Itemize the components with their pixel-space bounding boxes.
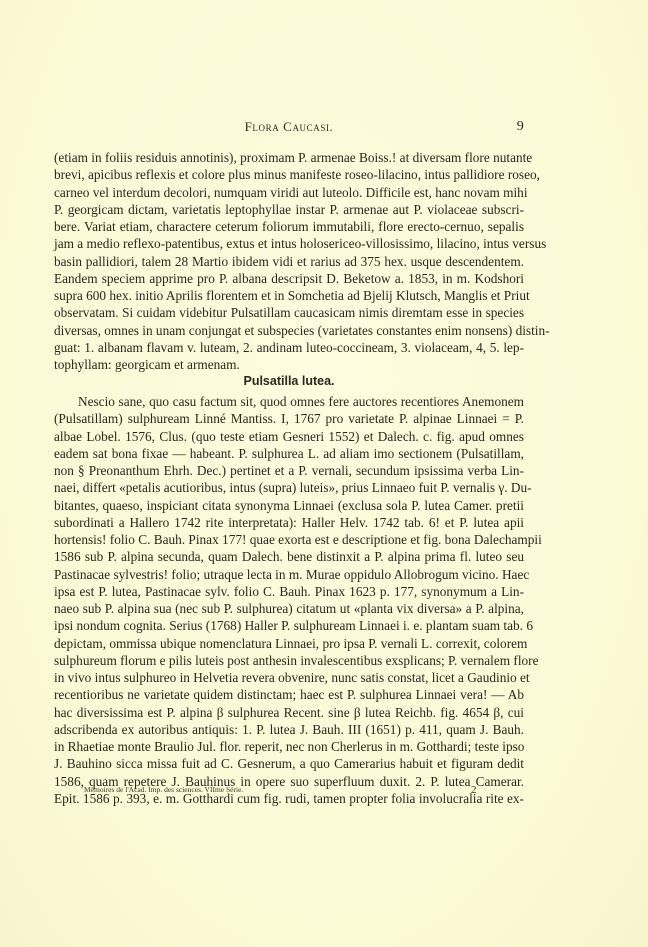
text-line: sulphureum florum e pilis luteis post an…: [54, 652, 524, 669]
text-line: adscribenda ex autoribus antiquis: 1. P.…: [54, 721, 524, 738]
text-line: hortensis! folio C. Bauh. Pinax 177! qua…: [54, 531, 524, 548]
text-line: tophyllam: georgicam et armenam.: [54, 356, 524, 373]
text-line: recentioribus ne varietate quidem distin…: [54, 686, 524, 703]
text-line: ipsa est P. lutea, Pastinacae sylv. foli…: [54, 583, 524, 600]
text-line: ipsi nondum cognita. Serius (1768) Halle…: [54, 617, 524, 634]
page-number: 9: [517, 119, 524, 135]
text-line: J. Bauhino sicca missa fuit ad C. Gesner…: [54, 755, 524, 772]
text-line: hac diversissima est P. alpina β sulphur…: [54, 704, 524, 721]
text-line: guat: 1. albanam flavam v. luteam, 2. an…: [54, 339, 524, 356]
text-line: (Pulsatillam) sulphuream Linné Mantiss. …: [54, 410, 524, 427]
paragraph-pulsatilla-lutea: Nescio sane, quo casu factum sit, quod o…: [54, 393, 524, 807]
text-line: 1586 sub P. alpina secunda, quam Dalech.…: [54, 548, 524, 565]
text-line: eadem sat bona fixae — habeant. P. sulph…: [54, 445, 524, 462]
text-line: P. georgicam dictam, varietatis leptophy…: [54, 201, 524, 218]
text-line: naei, differt «petalis acutioribus, intu…: [54, 479, 524, 496]
text-line: Pastinacae sylvestris! folio; utraque le…: [54, 566, 524, 583]
text-line: bitantes, quaeso, inspiciant citata syno…: [54, 497, 524, 514]
text-line: basin pallidiori, talem 28 Martio ibidem…: [54, 253, 524, 270]
text-line: bere. Variat etiam, charactere ceterum f…: [54, 218, 524, 235]
signature-mark: 2: [471, 784, 477, 796]
document-page: Flora Caucasi. 9 (etiam in foliis residu…: [0, 0, 648, 947]
running-head: Flora Caucasi. 9: [54, 119, 524, 137]
text-line: in Rhaetiae monte Braulio Jul. flor. rep…: [54, 738, 524, 755]
section-heading: Pulsatilla lutea.: [54, 374, 524, 388]
text-line: non § Preonanthum Ehrh. Dec.) pertinet e…: [54, 462, 524, 479]
text-line: in vivo intus sulphureo in Helvetia reve…: [54, 669, 524, 686]
text-line: Nescio sane, quo casu factum sit, quod o…: [54, 393, 524, 410]
text-line: brevi, apicibus reflexis et colore plus …: [54, 166, 524, 183]
text-line: subordinati a Hallero 1742 rite interpre…: [54, 514, 524, 531]
text-line: Eandem speciem apprime pro P. albana des…: [54, 270, 524, 287]
paragraph-continued: (etiam in foliis residuis annotinis), pr…: [54, 149, 524, 373]
text-line: naeo sub P. alpina sua (nec sub P. sulph…: [54, 600, 524, 617]
text-line: depictam, ommissa ubique nomenclatura Li…: [54, 635, 524, 652]
text-line: diversas, omnes in unam conjungat et sub…: [54, 322, 524, 339]
footer: Mémoires de l'Acad. Imp. des sciences. V…: [84, 785, 484, 799]
running-title: Flora Caucasi.: [54, 119, 524, 135]
text-line: albae Lobel. 1576, Clus. (quo teste etia…: [54, 428, 524, 445]
footer-imprint: Mémoires de l'Acad. Imp. des sciences. V…: [84, 785, 243, 794]
text-line: (etiam in foliis residuis annotinis), pr…: [54, 149, 524, 166]
text-line: observatam. Si cuidam videbitur Pulsatil…: [54, 304, 524, 321]
text-line: carneo vel interdum decolori, numquam vi…: [54, 184, 524, 201]
text-line: jam a medio reflexo-patentibus, extus et…: [54, 235, 524, 252]
text-line: supra 600 hex. initio Aprilis florentem …: [54, 287, 524, 304]
